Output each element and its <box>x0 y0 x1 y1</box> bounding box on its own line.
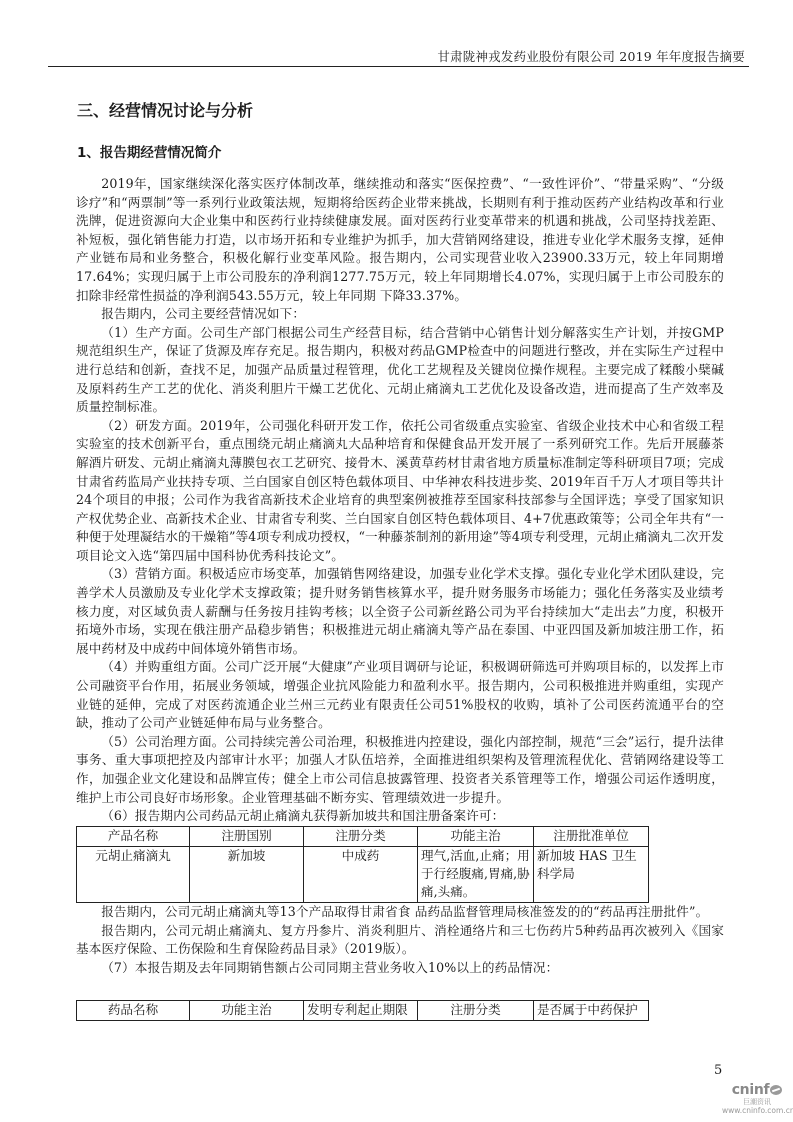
table-header-cell: 功能主治 <box>190 1001 304 1021</box>
cninfo-logo: cninf 巨潮资讯 www.cninfo.com.cn <box>722 1082 792 1115</box>
logo-chinese-name: 巨潮资讯 <box>722 1098 792 1106</box>
body-text-block: 2019年，国家继续深化落实医疗体制改革，继续推动和落实“医保控费”、“一致性评… <box>76 175 724 826</box>
section-subtitle: 1、报告期经营情况简介 <box>77 141 221 161</box>
table-cell: 新加坡 HAS 卫生科学局 <box>534 847 649 903</box>
paragraph-mna: （4）并购重组方面。公司广泛开展“大健康”产业项目调研与论证，积极调研筛选可并购… <box>76 658 724 732</box>
page-number: 5 <box>714 1063 722 1078</box>
paragraph-lead: 报告期内，公司主要经营情况如下： <box>76 305 724 324</box>
paragraph-insurance-catalog: 报告期内，公司元胡止痛滴丸、复方丹参片、消炎利胆片、消栓通络片和三七伤药片5种药… <box>76 922 724 959</box>
section-title: 三、经营情况讨论与分析 <box>77 98 253 121</box>
paragraph-intro: 2019年，国家继续深化落实医疗体制改革，继续推动和落实“医保控费”、“一致性评… <box>76 175 724 305</box>
page-header-title: 甘肃陇神戎发药业股份有限公司 2019 年年度报告摘要 <box>437 47 745 65</box>
paragraph-governance: （5）公司治理方面。公司持续完善公司治理，积极推进内控建设，强化内部控制，规范“… <box>76 733 724 807</box>
table-cell: 元胡止痛滴丸 <box>77 847 190 903</box>
table-header-row: 药品名称 功能主治 发明专利起止期限 注册分类 是否属于中药保护 <box>77 1001 649 1021</box>
logo-swirl-icon <box>770 1085 782 1095</box>
table-row: 元胡止痛滴丸 新加坡 中成药 理气,活血,止痛；用于行经腹痛,胃痛,胁痛,头痛。… <box>77 847 649 903</box>
table-header-cell: 发明专利起止期限 <box>304 1001 418 1021</box>
table-header-cell: 注册分类 <box>418 1001 534 1021</box>
paragraph-reregistration: 报告期内，公司元胡止痛滴丸等13个产品取得甘肃省食 品药品监督管理局核准签发的的… <box>76 903 724 922</box>
table-cell: 中成药 <box>304 847 418 903</box>
singapore-registration-table: 产品名称 注册国别 注册分类 功能主治 注册批准单位 元胡止痛滴丸 新加坡 中成… <box>76 826 649 903</box>
table-header-row: 产品名称 注册国别 注册分类 功能主治 注册批准单位 <box>77 827 649 847</box>
paragraph-production: （1）生产方面。公司生产部门根据公司生产经营目标，结合营销中心销售计划分解落实生… <box>76 324 724 417</box>
body-text-block-2: 报告期内，公司元胡止痛滴丸等13个产品取得甘肃省食 品药品监督管理局核准签发的的… <box>76 903 724 977</box>
table-cell: 理气,活血,止痛；用于行经腹痛,胃痛,胁痛,头痛。 <box>418 847 534 903</box>
table-header-cell: 是否属于中药保护 <box>534 1001 649 1021</box>
table-header-cell: 注册批准单位 <box>534 827 649 847</box>
header-divider <box>48 66 749 67</box>
paragraph-top-drugs: （7）本报告期及去年同期销售额占公司同期主营业务收入10%以上的药品情况： <box>76 959 724 978</box>
table-header-cell: 注册分类 <box>304 827 418 847</box>
logo-url: www.cninfo.com.cn <box>722 1106 792 1115</box>
paragraph-rnd: （2）研发方面。2019年，公司强化科研开发工作，依托公司省级重点实验室、省级企… <box>76 417 724 566</box>
paragraph-singapore-registration: （6）报告期内公司药品元胡止痛滴丸获得新加坡共和国注册备案许可： <box>76 807 724 826</box>
table-header-cell: 注册国别 <box>190 827 304 847</box>
paragraph-marketing: （3）营销方面。积极适应市场变革，加强销售网络建设，加强专业化学术支撑。强化专业… <box>76 565 724 658</box>
table-header-cell: 产品名称 <box>77 827 190 847</box>
table-header-cell: 功能主治 <box>418 827 534 847</box>
table-cell: 新加坡 <box>190 847 304 903</box>
logo-wordmark: cninf <box>722 1082 792 1098</box>
top-drugs-table: 药品名称 功能主治 发明专利起止期限 注册分类 是否属于中药保护 <box>76 1000 649 1021</box>
table-header-cell: 药品名称 <box>77 1001 190 1021</box>
